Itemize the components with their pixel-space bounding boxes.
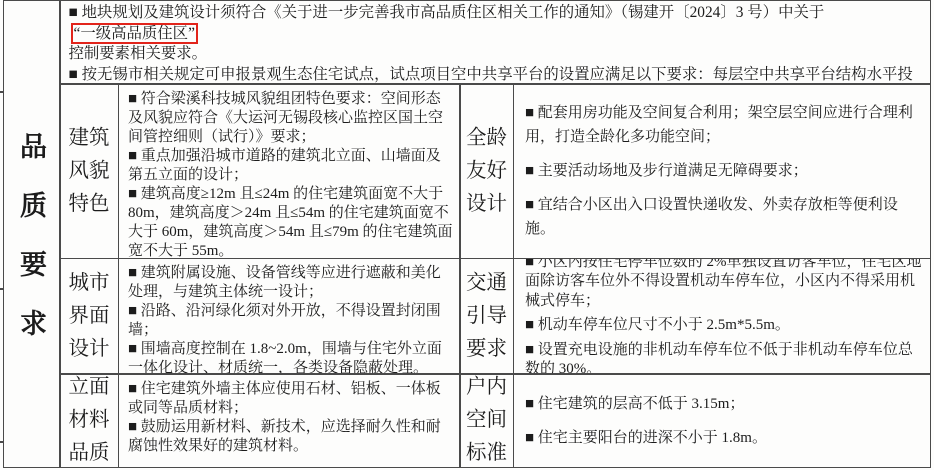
traffic-guidance-content: ■ 小区内按住宅停车位数的 2%单独设置访客车位，住宅区地面除访客车位外不得设置…	[514, 259, 930, 373]
row-label-facade-material: 立面材料品质	[61, 375, 118, 468]
facade-material-content: ■ 住宅建筑外墙主体应使用石材、铝板、一体板或同等品质材料； ■ 鼓励运用新材料…	[119, 375, 459, 468]
requirement-item: ■ 住宅建筑外墙主体应使用石材、铝板、一体板或同等品质材料；	[128, 380, 453, 418]
requirement-item: ■ 机动车停车位尺寸不小于 2.5m*5.5m。	[525, 316, 922, 336]
building-style-content: ■ 符合梁溪科技城风貌组团特色要求：空间形态及风貌应符合《大运河无锡段核心监控区…	[119, 85, 459, 258]
requirement-item: ■ 重点加强沿城市道路的建筑北立面、山墙面及第五立面的设计；	[128, 147, 453, 185]
city-interface-content: ■ 建筑附属设施、设备管线等应进行遮蔽和美化处理，与建筑主体统一设计； ■ 沿路…	[119, 259, 459, 373]
requirement-item: ■ 鼓励运用新材料、新技术，应选择耐久性和耐腐蚀性效果好的建筑材料。	[128, 418, 453, 456]
row-label-text: 交通引导要求	[465, 267, 509, 366]
row-label-city-interface: 城市界面设计	[61, 259, 118, 373]
row-label-text: 建筑风貌特色	[67, 122, 111, 221]
section-header-label: 品质要求	[12, 132, 51, 368]
requirement-item: ■ 建筑附属设施、设备管线等应进行遮蔽和美化处理，与建筑主体统一设计；	[128, 264, 453, 302]
requirement-item: ■ 设置充电设施的非机动车停车位不低于非机动车停车位总数的 30%。	[525, 341, 922, 374]
requirement-item: ■ 沿路、沿河绿化须对外开放，不得设置封闭围墙；	[128, 302, 453, 340]
note-text: ■ 地块规划及建筑设计须符合《关于进一步完善我市高品质住区相关工作的通知》（锡建…	[69, 4, 825, 21]
requirement-item: ■ 围墙高度控制在 1.8~2.0m，围墙与住宅外立面一体化设计、材质统一，各类…	[128, 340, 453, 373]
requirement-item: ■ 宜结合小区出入口设置快递收发、外卖存放柜等便利设施。	[525, 193, 922, 241]
row-label-text: 城市界面设计	[67, 267, 111, 366]
requirement-item: ■ 符合梁溪科技城风貌组团特色要求：空间形态及风貌应符合《大运河无锡段核心监控区…	[128, 90, 453, 147]
requirement-item: ■ 主要活动场地及步行道满足无障碍要求；	[525, 159, 922, 183]
requirement-item: ■ 配套用房功能及空间复合利用；架空层空间应进行合理利用，打造全龄化多功能空间；	[525, 101, 922, 149]
requirement-item: ■ 建筑高度≥12m 且≤24m 的住宅建筑面宽不大于 80m，建筑高度＞24m…	[128, 185, 453, 258]
row-label-all-age-design: 全龄友好设计	[461, 85, 513, 258]
document-page: 品质要求 ■ 地块规划及建筑设计须符合《关于进一步完善我市高品质住区相关工作的通…	[0, 0, 934, 470]
row-label-text: 立面材料品质	[67, 375, 111, 468]
row-label-text: 户内空间标准	[465, 375, 509, 468]
highlight-box-annotation: “一级高品质住区”	[71, 23, 198, 44]
row-label-building-style: 建筑风貌特色	[61, 85, 118, 258]
row-label-traffic-guidance: 交通引导要求	[461, 259, 513, 373]
requirement-item: ■ 住宅主要阳台的进深不小于 1.8m。	[525, 426, 922, 450]
all-age-design-content: ■ 配套用房功能及空间复合利用；架空层空间应进行合理利用，打造全龄化多功能空间；…	[514, 85, 930, 258]
general-notes-cell: ■ 地块规划及建筑设计须符合《关于进一步完善我市高品质住区相关工作的通知》（锡建…	[61, 1, 931, 83]
indoor-space-content: ■ 住宅建筑的层高不低于 3.15m； ■ 住宅主要阳台的进深不小于 1.8m。	[514, 375, 930, 468]
requirement-item: ■ 住宅建筑的层高不低于 3.15m；	[525, 392, 922, 416]
row-label-text: 全龄友好设计	[465, 122, 509, 221]
note-item: ■ 按无锡市相关规定可申报景观生态住宅试点，试点项目空中共享平台的设置应满足以下…	[69, 65, 925, 83]
note-text: 控制要素相关要求。	[69, 45, 208, 62]
note-item: ■ 地块规划及建筑设计须符合《关于进一步完善我市高品质住区相关工作的通知》（锡建…	[69, 3, 925, 65]
section-header-cell: 品质要求	[4, 1, 59, 467]
requirement-item: ■ 小区内按住宅停车位数的 2%单独设置访客车位，住宅区地面除访客车位外不得设置…	[525, 259, 922, 311]
quality-requirements-table: 品质要求 ■ 地块规划及建筑设计须符合《关于进一步完善我市高品质住区相关工作的通…	[3, 0, 931, 468]
row-label-indoor-space: 户内空间标准	[461, 375, 513, 468]
